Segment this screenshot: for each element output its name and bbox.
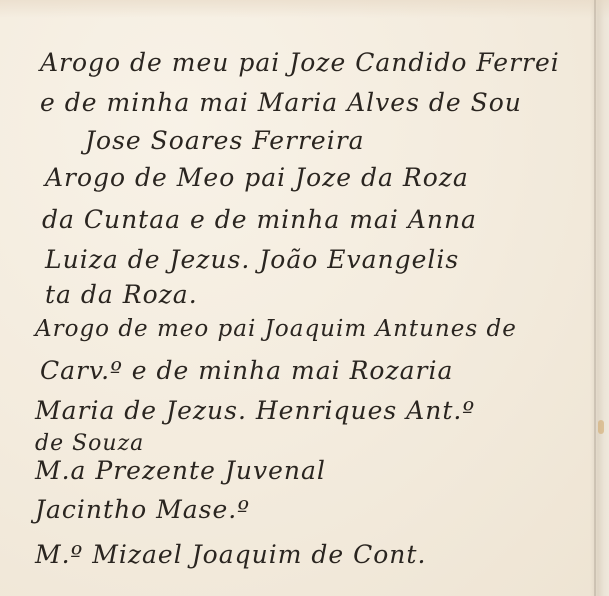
handwritten-line: Jose Soares Ferreira <box>85 128 365 153</box>
handwritten-line: Arogo de Meo pai Joze da Roza <box>45 165 469 190</box>
page-fold-line <box>594 0 596 596</box>
handwritten-line: da Cuntaa e de minha mai Anna <box>42 207 477 232</box>
handwritten-line: Jacintho Mase.º <box>35 497 250 522</box>
handwritten-line: M.º Mizael Joaquim de Cont. <box>35 542 426 567</box>
handwritten-line: Carv.º e de minha mai Rozaria <box>40 358 453 383</box>
paper-stain <box>598 420 604 434</box>
handwritten-line: Arogo de meu pai Joze Candido Ferrei <box>40 50 560 75</box>
document-page: Arogo de meu pai Joze Candido Ferrei e d… <box>0 0 609 596</box>
paper-stain <box>0 0 609 18</box>
handwritten-line: de Souza <box>35 433 144 455</box>
handwritten-line: Arogo de meo pai Joaquim Antunes de <box>35 318 517 341</box>
handwritten-line: Maria de Jezus. Henriques Ant.º <box>35 398 475 423</box>
handwritten-line: e de minha mai Maria Alves de Sou <box>40 90 522 115</box>
handwritten-line: M.a Prezente Juvenal <box>35 458 326 483</box>
handwritten-line: Luiza de Jezus. João Evangelis <box>45 247 459 272</box>
handwritten-line: ta da Roza. <box>45 282 198 307</box>
